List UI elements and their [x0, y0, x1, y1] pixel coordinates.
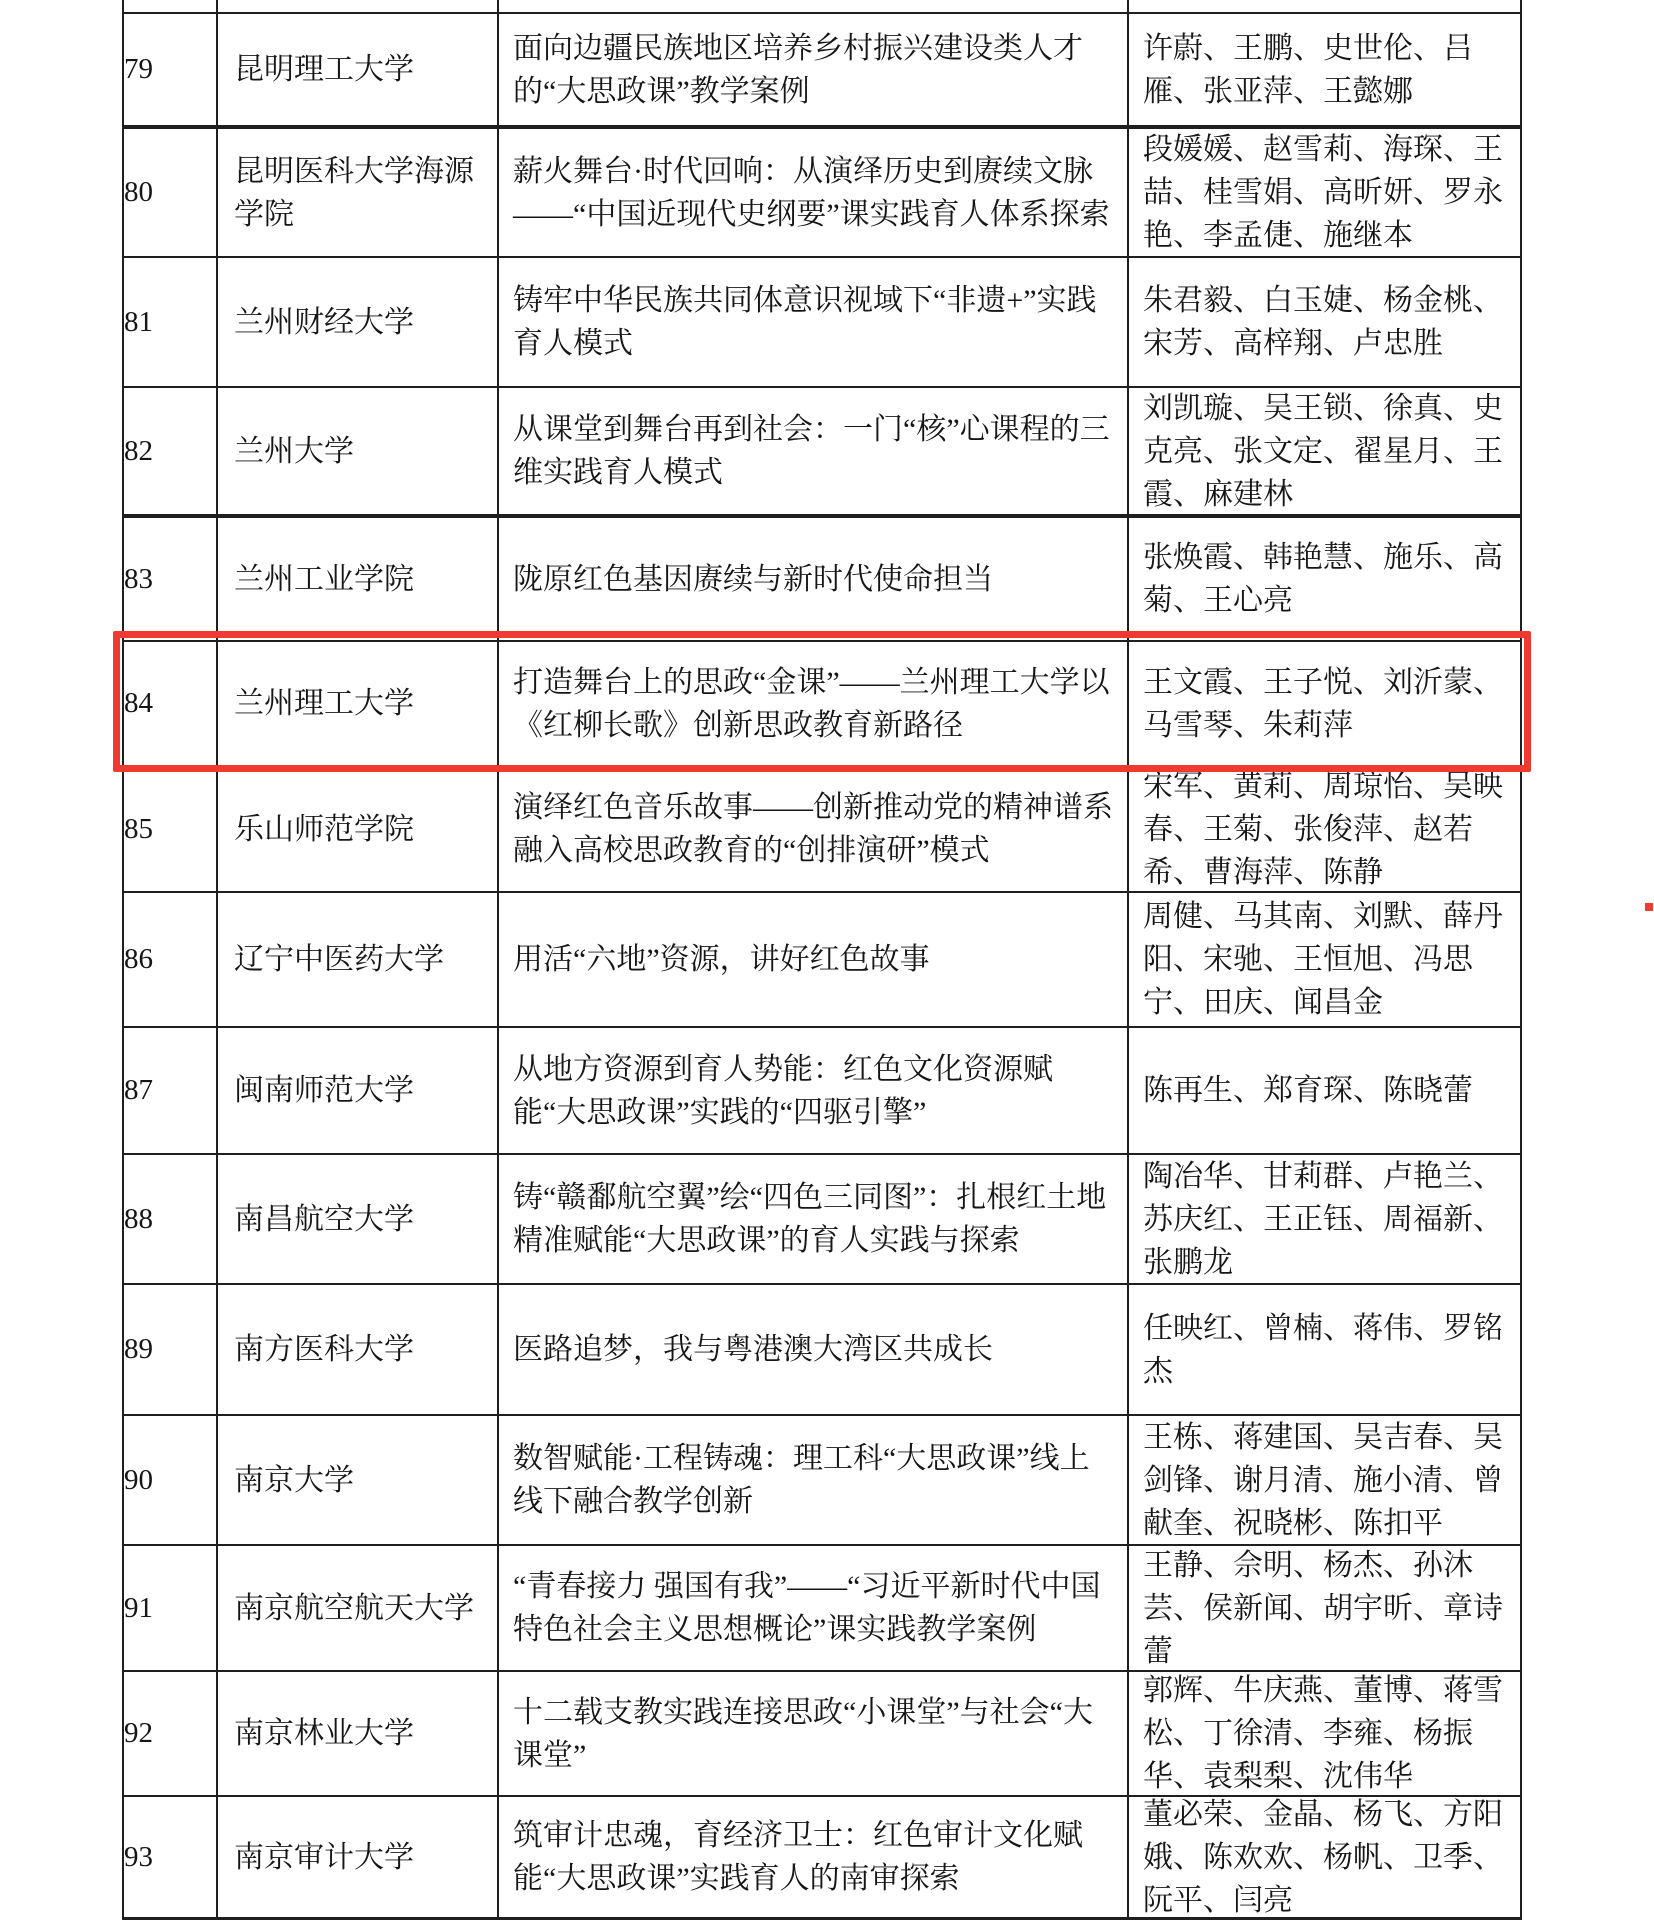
author-list-text: 陶冶华、甘莉群、卢艳兰、苏庆红、王正钰、周福新、张鹏龙 — [1143, 1155, 1510, 1283]
author-list: 陈再生、郑育琛、陈晓蕾 — [1129, 1028, 1522, 1153]
row-number-text: 87 — [124, 1069, 216, 1112]
table-row: 90 南京大学 数智赋能·工程铸魂：理工科“大思政课”线上线下融合教学创新 王栋… — [122, 1414, 1522, 1544]
table-row: 83 兰州工业学院 陇原红色基因赓续与新时代使命担当 张焕霞、韩艳慧、施乐、高菊… — [122, 514, 1522, 640]
row-number-text: 82 — [124, 430, 216, 473]
university-name: 南京林业大学 — [218, 1672, 499, 1795]
university-name: 闽南师范大学 — [218, 1028, 499, 1153]
row-number: 82 — [122, 388, 218, 514]
case-title-text: 陇原红色基因赓续与新时代使命担当 — [513, 558, 1115, 601]
row-number-text: 92 — [124, 1712, 216, 1755]
red-dot-mark — [1645, 903, 1653, 911]
case-title-text: 十二载支教实践连接思政“小课堂”与社会“大课堂” — [513, 1691, 1115, 1777]
university-name: 昆明理工大学 — [218, 14, 499, 125]
row-number-text: 84 — [124, 682, 216, 725]
university-name: 南京审计大学 — [218, 1797, 499, 1917]
table-row: 82 兰州大学 从课堂到舞台再到社会：一门“核”心课程的三维实践育人模式 刘凯璇… — [122, 386, 1522, 514]
row-number-text: 93 — [124, 1836, 216, 1879]
university-name-text: 南京航空航天大学 — [234, 1587, 483, 1630]
university-name: 兰州工业学院 — [218, 518, 499, 640]
row-number: 92 — [122, 1672, 218, 1795]
university-name-text: 昆明理工大学 — [234, 48, 483, 91]
university-name-text: 兰州大学 — [234, 430, 483, 473]
case-title-text: 演绎红色音乐故事——创新推动党的精神谱系融入高校思政教育的“创排演研”模式 — [513, 786, 1115, 872]
university-name-text: 南京审计大学 — [234, 1836, 483, 1879]
table-row: 85 乐山师范学院 演绎红色音乐故事——创新推动党的精神谱系融入高校思政教育的“… — [122, 765, 1522, 891]
case-title-text: 医路追梦，我与粤港澳大湾区共成长 — [513, 1328, 1115, 1371]
table-row: 79 昆明理工大学 面向边疆民族地区培养乡村振兴建设类人才的“大思政课”教学案例… — [122, 12, 1522, 125]
row-number: 83 — [122, 518, 218, 640]
university-name-text: 南昌航空大学 — [234, 1198, 483, 1241]
author-list-text: 张焕霞、韩艳慧、施乐、高菊、王心亮 — [1143, 536, 1510, 622]
row-number: 90 — [122, 1416, 218, 1544]
table-row: 87 闽南师范大学 从地方资源到育人势能：红色文化资源赋能“大思政课”实践的“四… — [122, 1026, 1522, 1153]
university-name: 南方医科大学 — [218, 1285, 499, 1414]
case-title-text: 从地方资源到育人势能：红色文化资源赋能“大思政课”实践的“四驱引擎” — [513, 1048, 1115, 1134]
case-title-text: 铸牢中华民族共同体意识视域下“非遗+”实践育人模式 — [513, 279, 1115, 365]
row-number-text: 90 — [124, 1459, 216, 1502]
row-number-text: 88 — [124, 1198, 216, 1241]
table-row-highlighted: 84 兰州理工大学 打造舞台上的思政“金课”——兰州理工大学以《红柳长歌》创新思… — [122, 640, 1522, 765]
table-row: 81 兰州财经大学 铸牢中华民族共同体意识视域下“非遗+”实践育人模式 朱君毅、… — [122, 256, 1522, 386]
author-list-text: 段媛媛、赵雪莉、海琛、王喆、桂雪娟、高昕妍、罗永艳、李孟倢、施继本 — [1143, 129, 1510, 256]
university-name: 南京大学 — [218, 1416, 499, 1544]
table-row: 89 南方医科大学 医路追梦，我与粤港澳大湾区共成长 任映红、曾楠、蒋伟、罗铭杰 — [122, 1283, 1522, 1414]
author-list-text: 任映红、曾楠、蒋伟、罗铭杰 — [1143, 1307, 1510, 1393]
university-name: 兰州财经大学 — [218, 258, 499, 386]
case-title-text: 数智赋能·工程铸魂：理工科“大思政课”线上线下融合教学创新 — [513, 1437, 1115, 1523]
case-title: 从课堂到舞台再到社会：一门“核”心课程的三维实践育人模式 — [499, 388, 1129, 514]
case-title: 演绎红色音乐故事——创新推动党的精神谱系融入高校思政教育的“创排演研”模式 — [499, 767, 1129, 891]
row-number: 85 — [122, 767, 218, 891]
row-number-text: 80 — [124, 171, 216, 214]
author-list-text: 王栋、蒋建国、吴吉春、吴剑锋、谢月清、施小清、曾献奎、祝晓彬、陈扣平 — [1143, 1416, 1510, 1544]
case-title-text: 用活“六地”资源，讲好红色故事 — [513, 938, 1115, 981]
case-title-text: “青春接力 强国有我”——“习近平新时代中国特色社会主义思想概论”课实践教学案例 — [513, 1565, 1115, 1651]
row-number-text: 89 — [124, 1328, 216, 1371]
university-name-text: 南方医科大学 — [234, 1328, 483, 1371]
row-number-text: 85 — [124, 808, 216, 851]
author-list: 王静、佘明、杨杰、孙沐芸、侯新闻、胡宇昕、章诗蕾 — [1129, 1546, 1522, 1670]
row-number: 91 — [122, 1546, 218, 1670]
table-cutoff-row-top — [122, 0, 1522, 12]
table-row: 88 南昌航空大学 铸“赣鄱航空翼”绘“四色三同图”：扎根红土地精准赋能“大思政… — [122, 1153, 1522, 1283]
author-list-text: 朱君毅、白玉婕、杨金桃、宋芳、高梓翔、卢忠胜 — [1143, 279, 1510, 365]
case-title: 筑审计忠魂，育经济卫士：红色审计文化赋能“大思政课”实践育人的南审探索 — [499, 1797, 1129, 1917]
author-list: 周健、马其南、刘默、薛丹阳、宋驰、王恒旭、冯思宁、田庆、闻昌金 — [1129, 893, 1522, 1026]
case-title: 陇原红色基因赓续与新时代使命担当 — [499, 518, 1129, 640]
case-title: “青春接力 强国有我”——“习近平新时代中国特色社会主义思想概论”课实践教学案例 — [499, 1546, 1129, 1670]
case-title-text: 打造舞台上的思政“金课”——兰州理工大学以《红柳长歌》创新思政教育新路径 — [513, 661, 1115, 747]
author-list-text: 陈再生、郑育琛、陈晓蕾 — [1143, 1069, 1510, 1112]
case-title: 十二载支教实践连接思政“小课堂”与社会“大课堂” — [499, 1672, 1129, 1795]
table-row: 80 昆明医科大学海源学院 薪火舞台·时代回响：从演绎历史到赓续文脉——“中国近… — [122, 125, 1522, 256]
row-number: 93 — [122, 1797, 218, 1917]
university-name-text: 乐山师范学院 — [234, 808, 483, 851]
university-name: 辽宁中医药大学 — [218, 893, 499, 1026]
case-title: 铸牢中华民族共同体意识视域下“非遗+”实践育人模式 — [499, 258, 1129, 386]
author-list-text: 刘凯璇、吴王锁、徐真、史克亮、张文定、翟星月、王霞、麻建林 — [1143, 388, 1510, 514]
row-number: 81 — [122, 258, 218, 386]
case-title-text: 薪火舞台·时代回响：从演绎历史到赓续文脉——“中国近现代史纲要”课实践育人体系探… — [513, 150, 1115, 236]
row-number-text: 79 — [124, 48, 216, 91]
author-list-text: 宋军、黄莉、周琼怡、吴映春、王菊、张俊萍、赵若希、曹海萍、陈静 — [1143, 767, 1510, 891]
university-name-text: 辽宁中医药大学 — [234, 938, 483, 981]
university-name: 乐山师范学院 — [218, 767, 499, 891]
author-list: 王栋、蒋建国、吴吉春、吴剑锋、谢月清、施小清、曾献奎、祝晓彬、陈扣平 — [1129, 1416, 1522, 1544]
row-number: 88 — [122, 1155, 218, 1283]
row-number: 89 — [122, 1285, 218, 1414]
row-number: 86 — [122, 893, 218, 1026]
row-number: 84 — [122, 642, 218, 765]
university-name: 昆明医科大学海源学院 — [218, 129, 499, 256]
university-name: 兰州大学 — [218, 388, 499, 514]
university-name: 南京航空航天大学 — [218, 1546, 499, 1670]
case-title: 打造舞台上的思政“金课”——兰州理工大学以《红柳长歌》创新思政教育新路径 — [499, 642, 1129, 765]
author-list: 张焕霞、韩艳慧、施乐、高菊、王心亮 — [1129, 518, 1522, 640]
cases-table: 79 昆明理工大学 面向边疆民族地区培养乡村振兴建设类人才的“大思政课”教学案例… — [122, 0, 1522, 1920]
author-list: 宋军、黄莉、周琼怡、吴映春、王菊、张俊萍、赵若希、曹海萍、陈静 — [1129, 767, 1522, 891]
row-number-text: 83 — [124, 558, 216, 601]
author-list-text: 郭辉、牛庆燕、董博、蒋雪松、丁徐清、李雍、杨振华、袁梨梨、沈伟华 — [1143, 1672, 1510, 1795]
author-list: 郭辉、牛庆燕、董博、蒋雪松、丁徐清、李雍、杨振华、袁梨梨、沈伟华 — [1129, 1672, 1522, 1795]
author-list: 段媛媛、赵雪莉、海琛、王喆、桂雪娟、高昕妍、罗永艳、李孟倢、施继本 — [1129, 129, 1522, 256]
row-number: 79 — [122, 14, 218, 125]
case-title: 医路追梦，我与粤港澳大湾区共成长 — [499, 1285, 1129, 1414]
case-title-text: 筑审计忠魂，育经济卫士：红色审计文化赋能“大思政课”实践育人的南审探索 — [513, 1814, 1115, 1900]
university-name-text: 南京林业大学 — [234, 1712, 483, 1755]
table-row: 86 辽宁中医药大学 用活“六地”资源，讲好红色故事 周健、马其南、刘默、薛丹阳… — [122, 891, 1522, 1026]
university-name: 兰州理工大学 — [218, 642, 499, 765]
row-number: 87 — [122, 1028, 218, 1153]
table-row: 91 南京航空航天大学 “青春接力 强国有我”——“习近平新时代中国特色社会主义… — [122, 1544, 1522, 1670]
case-title-text: 铸“赣鄱航空翼”绘“四色三同图”：扎根红土地精准赋能“大思政课”的育人实践与探索 — [513, 1176, 1115, 1262]
author-list-text: 周健、马其南、刘默、薛丹阳、宋驰、王恒旭、冯思宁、田庆、闻昌金 — [1143, 895, 1510, 1024]
university-name-text: 兰州财经大学 — [234, 301, 483, 344]
author-list: 朱君毅、白玉婕、杨金桃、宋芳、高梓翔、卢忠胜 — [1129, 258, 1522, 386]
author-list: 刘凯璇、吴王锁、徐真、史克亮、张文定、翟星月、王霞、麻建林 — [1129, 388, 1522, 514]
university-name-text: 兰州工业学院 — [234, 558, 483, 601]
case-title: 数智赋能·工程铸魂：理工科“大思政课”线上线下融合教学创新 — [499, 1416, 1129, 1544]
row-number-text: 91 — [124, 1587, 216, 1630]
table-row: 92 南京林业大学 十二载支教实践连接思政“小课堂”与社会“大课堂” 郭辉、牛庆… — [122, 1670, 1522, 1795]
university-name-text: 昆明医科大学海源学院 — [234, 150, 483, 236]
author-list-text: 王静、佘明、杨杰、孙沐芸、侯新闻、胡宇昕、章诗蕾 — [1143, 1546, 1510, 1670]
case-title-text: 从课堂到舞台再到社会：一门“核”心课程的三维实践育人模式 — [513, 408, 1115, 494]
author-list-text: 王文霞、王子悦、刘沂蒙、马雪琴、朱莉萍 — [1143, 661, 1510, 747]
author-list: 王文霞、王子悦、刘沂蒙、马雪琴、朱莉萍 — [1129, 642, 1522, 765]
author-list: 陶冶华、甘莉群、卢艳兰、苏庆红、王正钰、周福新、张鹏龙 — [1129, 1155, 1522, 1283]
case-title-text: 面向边疆民族地区培养乡村振兴建设类人才的“大思政课”教学案例 — [513, 27, 1115, 113]
case-title: 铸“赣鄱航空翼”绘“四色三同图”：扎根红土地精准赋能“大思政课”的育人实践与探索 — [499, 1155, 1129, 1283]
case-title: 薪火舞台·时代回响：从演绎历史到赓续文脉——“中国近现代史纲要”课实践育人体系探… — [499, 129, 1129, 256]
author-list: 任映红、曾楠、蒋伟、罗铭杰 — [1129, 1285, 1522, 1414]
row-number-text: 81 — [124, 301, 216, 344]
row-number: 80 — [122, 129, 218, 256]
table-row: 93 南京审计大学 筑审计忠魂，育经济卫士：红色审计文化赋能“大思政课”实践育人… — [122, 1795, 1522, 1920]
author-list: 董必荣、金晶、杨飞、方阳娥、陈欢欢、杨帆、卫季、阮平、闫亮 — [1129, 1797, 1522, 1917]
author-list-text: 许蔚、王鹏、史世伦、吕雁、张亚萍、王懿娜 — [1143, 27, 1510, 113]
case-title: 面向边疆民族地区培养乡村振兴建设类人才的“大思政课”教学案例 — [499, 14, 1129, 125]
author-list: 许蔚、王鹏、史世伦、吕雁、张亚萍、王懿娜 — [1129, 14, 1522, 125]
author-list-text: 董必荣、金晶、杨飞、方阳娥、陈欢欢、杨帆、卫季、阮平、闫亮 — [1143, 1797, 1510, 1917]
university-name-text: 兰州理工大学 — [234, 682, 483, 725]
case-title: 用活“六地”资源，讲好红色故事 — [499, 893, 1129, 1026]
case-title: 从地方资源到育人势能：红色文化资源赋能“大思政课”实践的“四驱引擎” — [499, 1028, 1129, 1153]
university-name: 南昌航空大学 — [218, 1155, 499, 1283]
university-name-text: 闽南师范大学 — [234, 1069, 483, 1112]
university-name-text: 南京大学 — [234, 1459, 483, 1502]
row-number-text: 86 — [124, 938, 216, 981]
